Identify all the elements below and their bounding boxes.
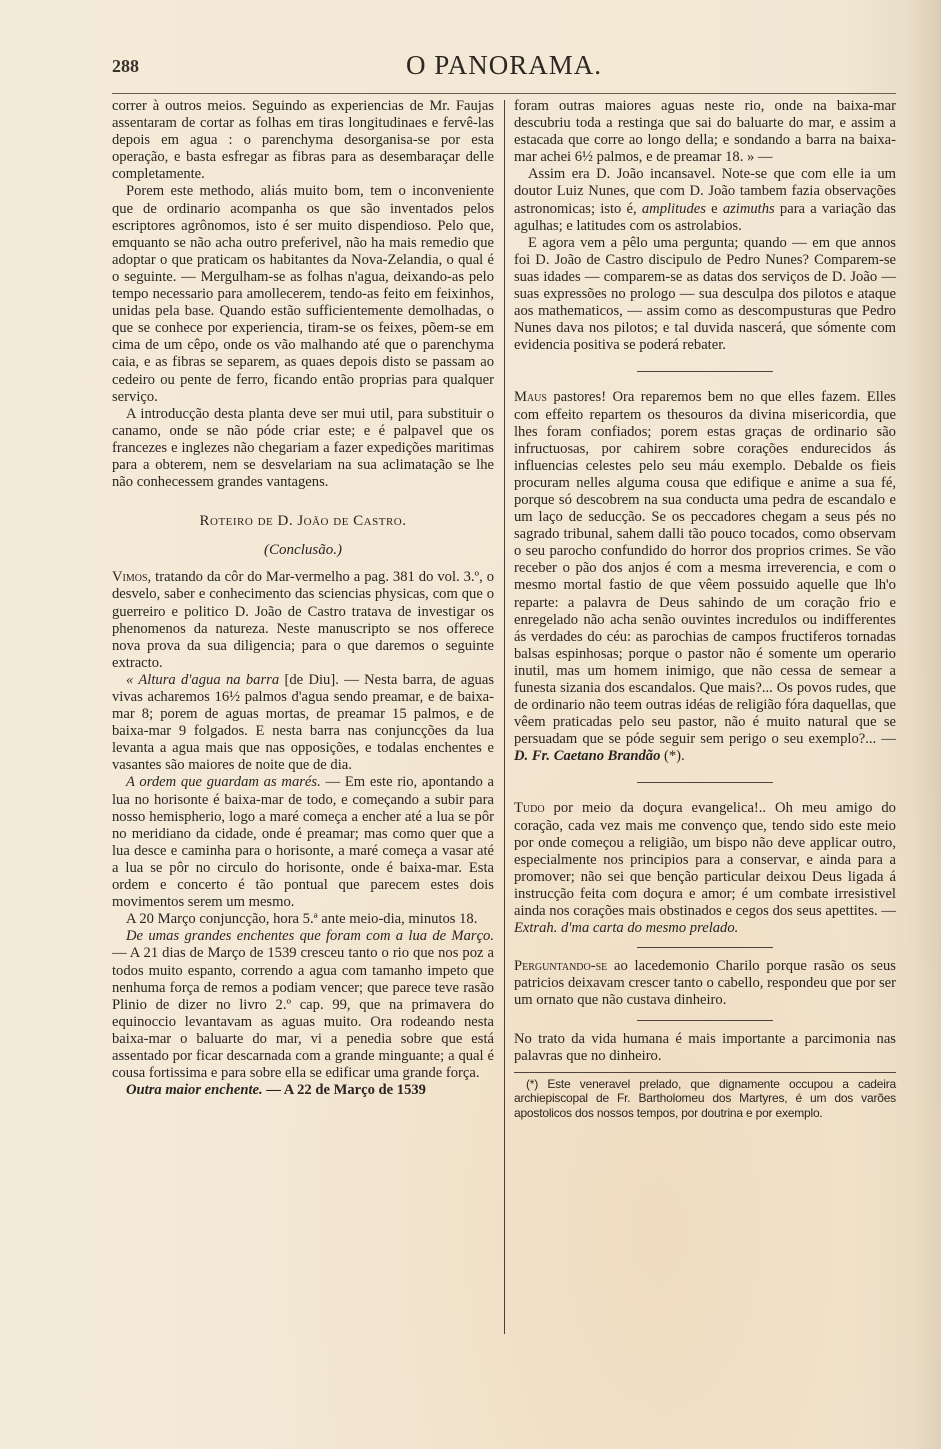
paragraph: Tudo por meio da doçura evangelica!.. Oh… — [514, 800, 896, 937]
italic-term: azimuths — [723, 201, 775, 217]
paragraph: « Altura d'agua na barra [de Diu]. — Nes… — [112, 672, 494, 775]
paragraph: No trato da vida humana é mais important… — [514, 1031, 896, 1065]
footnote-rule — [514, 1072, 896, 1073]
right-column: foram outras maiores aguas neste rio, on… — [505, 98, 896, 1336]
italic-term: amplitudes — [642, 201, 706, 217]
paragraph: Maus pastores! Ora reparemos bem no que … — [514, 389, 896, 765]
paragraph: Outra maior enchente. — A 22 de Março de… — [112, 1082, 494, 1099]
paragraph: foram outras maiores aguas neste rio, on… — [514, 98, 896, 166]
section-rule — [637, 1020, 773, 1021]
footnote: (*) Este veneravel prelado, que dignamen… — [514, 1077, 896, 1121]
lead-word: Vimos — [112, 569, 148, 585]
paragraph: correr à outros meios. Seguindo as exper… — [112, 98, 494, 183]
article-title: Roteiro de D. João de Castro. — [112, 513, 494, 530]
paragraph: Assim era D. João incansavel. Note-se qu… — [514, 166, 896, 234]
paragraph: Vimos, tratando da côr do Mar-vermelho a… — [112, 569, 494, 672]
italic-heading: « Altura d'agua na barra — [126, 672, 279, 688]
header-rule — [112, 93, 896, 94]
paragraph-text: — A 22 de Março de 1539 — [263, 1082, 426, 1098]
section-rule — [637, 371, 773, 372]
paragraph: Porem este methodo, aliás muito bom, tem… — [112, 183, 494, 405]
paragraph: A introducção desta planta deve ser mui … — [112, 406, 494, 491]
paragraph-text: , tratando da côr do Mar-vermelho a pag.… — [112, 569, 494, 670]
lead-word: Perguntando-se — [514, 958, 607, 974]
page-header: 288 O PANORAMA. — [112, 50, 896, 86]
paragraph-text: por meio da doçura evangelica!.. Oh meu … — [514, 800, 896, 919]
footnote-marker: (*). — [660, 748, 684, 764]
lead-word: Maus — [514, 389, 547, 405]
lead-word: Tudo — [514, 800, 545, 816]
paragraph: Perguntando-se ao lacedemonio Charilo po… — [514, 958, 896, 1009]
running-title: O PANORAMA. — [112, 50, 896, 81]
section-rule — [637, 947, 773, 948]
paragraph: De umas grandes enchentes que foram com … — [112, 928, 494, 1082]
italic-heading: A ordem que guardam as marés. — [126, 774, 321, 790]
page: 288 O PANORAMA. correr à outros meios. S… — [112, 50, 896, 86]
paragraph-text: e — [706, 201, 723, 217]
text-columns: correr à outros meios. Seguindo as exper… — [112, 98, 896, 1336]
paragraph: E agora vem a pêlo uma pergunta; quando … — [514, 235, 896, 355]
italic-heading: De umas grandes enchentes que foram com … — [126, 928, 494, 944]
paragraph-text: — Em este rio, apontando a lua no horiso… — [112, 774, 494, 910]
attribution: D. Fr. Caetano Brandão — [514, 748, 660, 764]
left-column: correr à outros meios. Seguindo as exper… — [112, 98, 504, 1336]
section-rule — [637, 782, 773, 783]
paragraph: A 20 Março conjuncção, hora 5.ª ante mei… — [112, 911, 494, 928]
paragraph-text: pastores! Ora reparemos bem no que elles… — [514, 389, 896, 747]
italic-heading: Outra maior enchente. — [126, 1082, 263, 1098]
paragraph: A ordem que guardam as marés. — Em este … — [112, 774, 494, 911]
attribution: Extrah. d'ma carta do mesmo prelado. — [514, 920, 738, 936]
article-subtitle: (Conclusão.) — [112, 542, 494, 559]
paragraph-text: — A 21 dias de Março de 1539 cresceu tan… — [112, 945, 494, 1081]
